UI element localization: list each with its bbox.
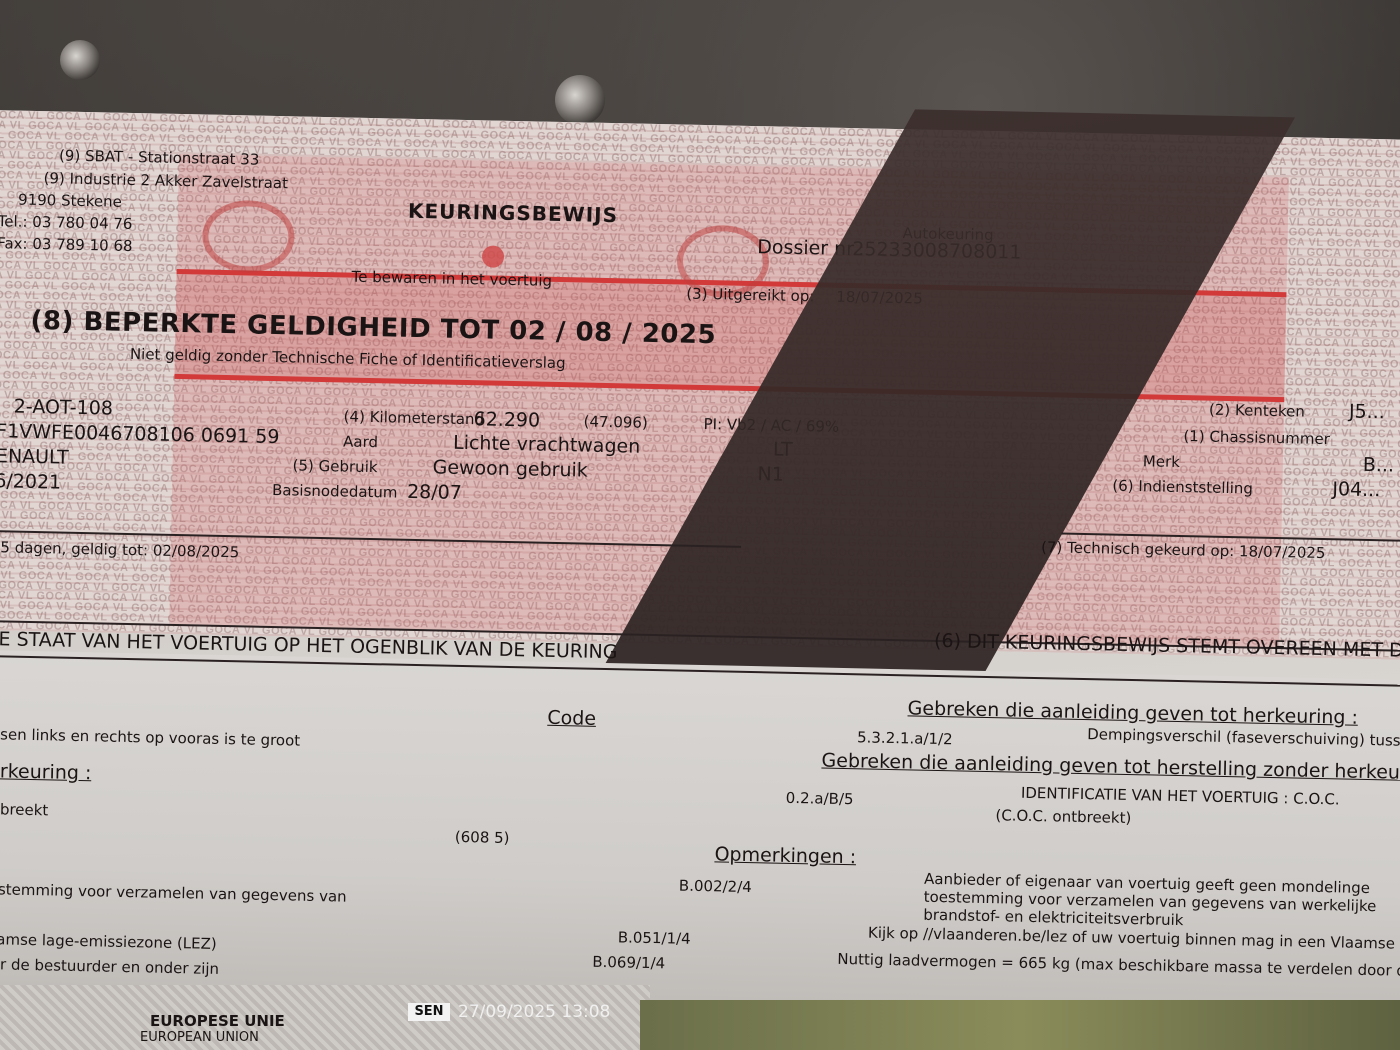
eu-label-en: EUROPEAN UNION: [140, 1030, 259, 1045]
kind-label: Aard: [343, 432, 378, 451]
remark-text-1: Aanbieder of eigenaar van voertuig geeft…: [923, 870, 1400, 935]
use-label: (5) Gebruik: [292, 456, 377, 476]
document-title: KEURINGSBEWIJS: [408, 199, 619, 227]
use-value: Gewoon gebruik: [432, 456, 588, 481]
repair-code: 0.2.a/B/5: [786, 789, 854, 808]
ground-background: [640, 1000, 1400, 1050]
base-date-label: Basisnodedatum: [272, 481, 398, 502]
repair-header-left: herkeuring :: [0, 760, 92, 784]
repair-left-fragment: ontbreekt: [0, 800, 48, 820]
remark-code-2: B.051/1/4: [618, 928, 691, 948]
remark-code-3: B.069/1/4: [592, 953, 665, 973]
brand-right-value: B...: [1363, 454, 1395, 477]
camera-timestamp: 27/09/2025 13:08: [458, 1002, 610, 1022]
remarks-header: Opmerkingen :: [714, 843, 856, 868]
issued-label: (3) Uitgereikt op:: [686, 285, 814, 306]
camera-badge: SEN: [408, 1003, 450, 1021]
code-header: Code: [547, 707, 596, 730]
station-city: 9190 Stekene: [18, 191, 122, 211]
reinspection-code: 5.3.2.1.a/1/2: [857, 728, 953, 748]
odometer-extra: (47.096): [583, 413, 648, 432]
plate-label: (2) Kenteken: [1209, 401, 1305, 421]
odometer-value: 62.290: [473, 408, 540, 431]
inspection-certificate: GOCA VL GOCA VL GOCA VL GOCA VL GOCA VL …: [0, 110, 1400, 1040]
brand-value: RENAULT: [0, 445, 69, 469]
brand-label: Merk: [1143, 452, 1180, 471]
first-reg-value: 06/2021: [0, 470, 61, 494]
screw-top-left: [60, 40, 100, 80]
first-reg-label: (6) Indienststelling: [1112, 477, 1253, 498]
screw-top-center: [555, 75, 605, 125]
station-tel: Tel.: 03 780 04 76: [0, 212, 133, 233]
plate-value: 2-AOT-108: [14, 396, 114, 420]
base-date-value: 28/07: [407, 481, 462, 504]
station-fax: Fax: 03 789 10 68: [0, 234, 133, 255]
chassis-label: (1) Chassisnummer: [1183, 427, 1330, 448]
first-reg-right-value: J04...: [1332, 478, 1380, 501]
repair-left-code: (608 5): [455, 828, 510, 847]
plate-right-value: J5...: [1349, 401, 1385, 424]
repair-detail: (C.O.C. ontbreekt): [995, 806, 1131, 827]
kind-value: Lichte vrachtwagen: [453, 432, 641, 458]
eu-label-nl: EUROPESE UNIE: [150, 1012, 285, 1030]
odometer-label: (4) Kilometerstand: [343, 407, 484, 428]
remark-code-1: B.002/2/4: [679, 877, 752, 897]
